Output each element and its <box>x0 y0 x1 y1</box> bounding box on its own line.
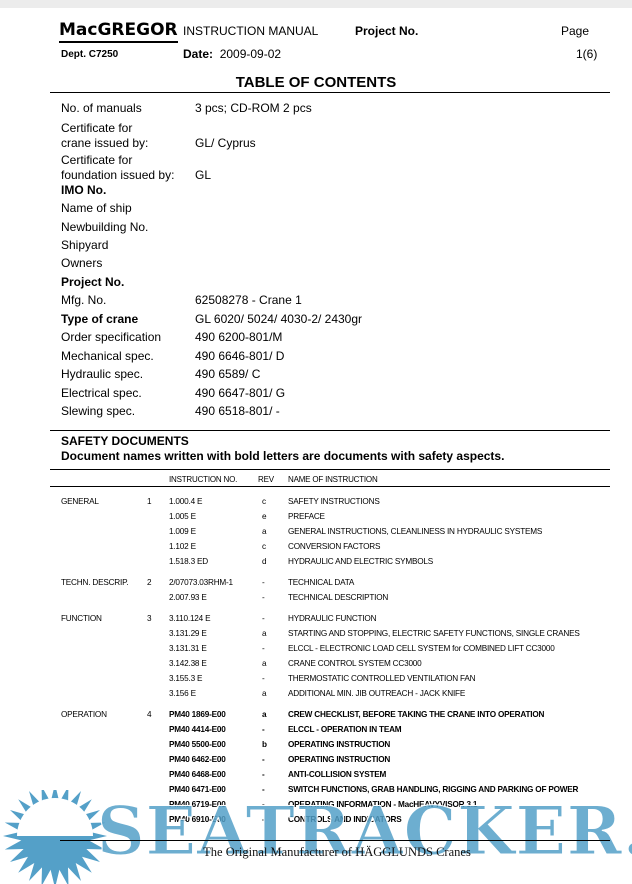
info-label: Owners <box>61 256 102 270</box>
revision: - <box>262 674 265 683</box>
revision: - <box>262 725 265 734</box>
instruction-name: CONVERSION FACTORS <box>288 542 380 551</box>
revision: - <box>262 614 265 623</box>
group-number: 1 <box>147 497 151 506</box>
revision: a <box>262 659 266 668</box>
info-label: Order specification <box>61 330 161 344</box>
table-header-divider <box>50 486 610 487</box>
info-label: Mechanical spec. <box>61 349 154 363</box>
instruction-name: HYDRAULIC AND ELECTRIC SYMBOLS <box>288 557 433 566</box>
date-value: 2009-09-02 <box>220 47 281 61</box>
table-row: 3.131.31 E-ELCCL - ELECTRONIC LOAD CELL … <box>0 644 632 659</box>
info-value: GL <box>195 168 211 182</box>
revision: - <box>262 755 265 764</box>
date-label: Date: 2009-09-02 <box>183 47 281 61</box>
info-label: Electrical spec. <box>61 386 142 400</box>
group-label: OPERATION <box>61 710 107 719</box>
instruction-name: HYDRAULIC FUNCTION <box>288 614 376 623</box>
group-label: TECHN. DESCRIP. <box>61 578 128 587</box>
revision: a <box>262 710 266 719</box>
page-title: TABLE OF CONTENTS <box>0 74 632 91</box>
instruction-name: TECHNICAL DATA <box>288 578 354 587</box>
date-label-text: Date: <box>183 47 213 61</box>
page-number: 1(6) <box>576 47 597 61</box>
group-label: FUNCTION <box>61 614 102 623</box>
table-row: 3.142.38 EaCRANE CONTROL SYSTEM CC3000 <box>0 659 632 674</box>
info-label: Name of ship <box>61 201 132 215</box>
instruction-name: ELCCL - OPERATION IN TEAM <box>288 725 401 734</box>
safety-section-note: Document names written with bold letters… <box>61 449 504 463</box>
section-divider <box>50 430 610 431</box>
info-label: Slewing spec. <box>61 404 135 418</box>
instruction-no: 1.000.4 E <box>169 497 202 506</box>
group-number: 4 <box>147 710 151 719</box>
info-label: Type of crane <box>61 312 138 326</box>
info-label-line1: Certificate for <box>61 153 132 167</box>
revision: a <box>262 629 266 638</box>
info-value: GL 6020/ 5024/ 4030-2/ 2430gr <box>195 312 362 326</box>
info-label: No. of manuals <box>61 101 142 115</box>
instruction-no: 3.131.29 E <box>169 629 207 638</box>
page-label: Page <box>561 24 589 38</box>
revision: b <box>262 740 267 749</box>
instruction-no: PM40 6462-E00 <box>169 755 226 764</box>
dept-label: Dept. C7250 <box>61 49 118 60</box>
instruction-no: 3.131.31 E <box>169 644 207 653</box>
table-row: 2.007.93 E-TECHNICAL DESCRIPTION <box>0 593 632 608</box>
info-label: Shipyard <box>61 238 108 252</box>
instruction-name: OPERATING INSTRUCTION <box>288 740 390 749</box>
instruction-name: ADDITIONAL MIN. JIB OUTREACH - JACK KNIF… <box>288 689 465 698</box>
instruction-no: 3.155.3 E <box>169 674 202 683</box>
table-row: 1.005 EePREFACE <box>0 512 632 527</box>
instruction-no: 3.156 E <box>169 689 196 698</box>
table-row: 3.155.3 E-THERMOSTATIC CONTROLLED VENTIL… <box>0 674 632 689</box>
safety-section-title: SAFETY DOCUMENTS <box>61 434 189 448</box>
instruction-no: 1.009 E <box>169 527 196 536</box>
instruction-name: GENERAL INSTRUCTIONS, CLEANLINESS IN HYD… <box>288 527 542 536</box>
doc-type: INSTRUCTION MANUAL <box>183 24 318 38</box>
instruction-no: PM40 1869-E00 <box>169 710 226 719</box>
instruction-name: CREW CHECKLIST, BEFORE TAKING THE CRANE … <box>288 710 544 719</box>
table-row: FUNCTION33.110.124 E-HYDRAULIC FUNCTION <box>0 614 632 629</box>
info-label-line1: Certificate for <box>61 121 132 135</box>
revision: - <box>262 578 265 587</box>
instruction-no: 2/07073.03RHM-1 <box>169 578 233 587</box>
info-label: Hydraulic spec. <box>61 367 143 381</box>
info-value: 490 6647-801/ G <box>195 386 285 400</box>
table-row: PM40 4414-E00-ELCCL - OPERATION IN TEAM <box>0 725 632 740</box>
instruction-no: 3.110.124 E <box>169 614 210 623</box>
instruction-no: 2.007.93 E <box>169 593 207 602</box>
table-row: 3.156 EaADDITIONAL MIN. JIB OUTREACH - J… <box>0 689 632 704</box>
revision: c <box>262 497 266 506</box>
macgregor-logo: MacGREGOR <box>59 20 178 43</box>
info-label: Mfg. No. <box>61 293 106 307</box>
info-value: 3 pcs; CD-ROM 2 pcs <box>195 101 312 115</box>
group-label: GENERAL <box>61 497 99 506</box>
instruction-no: PM40 4414-E00 <box>169 725 226 734</box>
table-row: PM40 6462-E00-OPERATING INSTRUCTION <box>0 755 632 770</box>
instruction-name: PREFACE <box>288 512 325 521</box>
col-header-instruction-no: INSTRUCTION NO. <box>169 475 237 484</box>
table-row: PM40 5500-E00bOPERATING INSTRUCTION <box>0 740 632 755</box>
footer-text: The Original Manufacturer of HÄGGLUNDS C… <box>0 845 632 860</box>
revision: - <box>262 770 265 779</box>
revision: - <box>262 593 265 602</box>
info-value: 490 6200-801/M <box>195 330 282 344</box>
group-number: 3 <box>147 614 151 623</box>
revision: a <box>262 527 266 536</box>
instruction-name: OPERATING INSTRUCTION <box>288 755 390 764</box>
footer-divider <box>60 840 610 841</box>
info-value: 490 6518-801/ - <box>195 404 280 418</box>
revision: c <box>262 542 266 551</box>
info-label: Project No. <box>61 275 124 289</box>
info-label: foundation issued by: <box>61 168 174 182</box>
instruction-no: 3.142.38 E <box>169 659 207 668</box>
info-value: 490 6589/ C <box>195 367 260 381</box>
instruction-no: 1.005 E <box>169 512 196 521</box>
revision: d <box>262 557 266 566</box>
info-value: GL/ Cyprus <box>195 136 256 150</box>
table-row: PM40 6468-E00-ANTI-COLLISION SYSTEM <box>0 770 632 785</box>
col-header-rev: REV <box>258 475 274 484</box>
info-value: 62508278 - Crane 1 <box>195 293 302 307</box>
instruction-no: 1.102 E <box>169 542 196 551</box>
info-label: Newbuilding No. <box>61 220 148 234</box>
instruction-no: PM40 6468-E00 <box>169 770 226 779</box>
instruction-name: THERMOSTATIC CONTROLLED VENTILATION FAN <box>288 674 475 683</box>
table-row: TECHN. DESCRIP.22/07073.03RHM-1-TECHNICA… <box>0 578 632 593</box>
table-row: 3.131.29 EaSTARTING AND STOPPING, ELECTR… <box>0 629 632 644</box>
info-label: IMO No. <box>61 183 106 197</box>
table-row: 1.102 EcCONVERSION FACTORS <box>0 542 632 557</box>
col-header-name: NAME OF INSTRUCTION <box>288 475 378 484</box>
instruction-no: PM40 5500-E00 <box>169 740 226 749</box>
instruction-name: ANTI-COLLISION SYSTEM <box>288 770 386 779</box>
table-row: 1.518.3 EDdHYDRAULIC AND ELECTRIC SYMBOL… <box>0 557 632 572</box>
sun-watermark-icon <box>0 790 110 884</box>
table-top-divider <box>50 469 610 470</box>
instruction-name: TECHNICAL DESCRIPTION <box>288 593 388 602</box>
instruction-name: CRANE CONTROL SYSTEM CC3000 <box>288 659 422 668</box>
revision: - <box>262 644 265 653</box>
group-number: 2 <box>147 578 151 587</box>
viewer-top-bar <box>0 0 632 8</box>
revision: a <box>262 689 266 698</box>
info-label: crane issued by: <box>61 136 148 150</box>
instruction-name: ELCCL - ELECTRONIC LOAD CELL SYSTEM for … <box>288 644 555 653</box>
instruction-name: STARTING AND STOPPING, ELECTRIC SAFETY F… <box>288 629 580 638</box>
table-row: 1.009 EaGENERAL INSTRUCTIONS, CLEANLINES… <box>0 527 632 542</box>
instruction-name: SAFETY INSTRUCTIONS <box>288 497 380 506</box>
project-label: Project No. <box>355 24 418 38</box>
instruction-no: 1.518.3 ED <box>169 557 208 566</box>
table-row: OPERATION4PM40 1869-E00aCREW CHECKLIST, … <box>0 710 632 725</box>
table-row: GENERAL11.000.4 EcSAFETY INSTRUCTIONS <box>0 497 632 512</box>
revision: e <box>262 512 266 521</box>
info-value: 490 6646-801/ D <box>195 349 284 363</box>
title-divider <box>50 92 610 93</box>
